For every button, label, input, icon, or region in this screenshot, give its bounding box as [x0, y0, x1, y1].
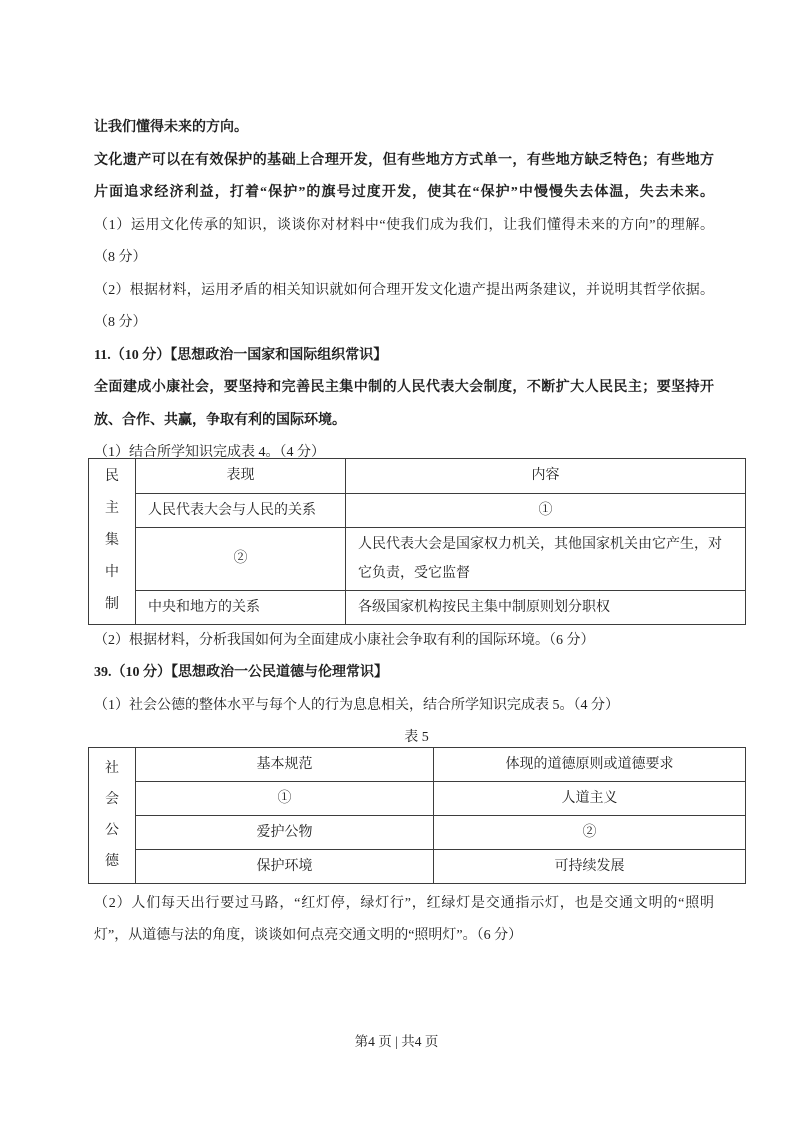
table-row: 爱护公物 ② [89, 815, 746, 849]
table-cell: ② [136, 527, 346, 590]
question-line: （2）根据材料，运用矛盾的相关知识就如何合理开发文化遗产提出两条建议，并说明其哲… [94, 275, 714, 308]
question-line: （1）运用文化传承的知识，谈谈你对材料中“使我们成为我们，让我们懂得未来的方向”… [94, 210, 714, 243]
material-line: 文化遗产可以在有效保护的基础上合理开发，但有些地方方式单一，有些地方缺乏特色；有… [94, 145, 714, 178]
question-line: （2）人们每天出行要过马路，“红灯停，绿灯行”，红绿灯是交通指示灯，也是交通文明… [94, 888, 714, 921]
table-cell: 可持续发展 [434, 849, 746, 883]
section-heading: 11.（10 分）【思想政治一国家和国际组织常识】 [94, 340, 714, 373]
page-footer: 第4 页 | 共4 页 [0, 1030, 793, 1050]
material-line: 放、合作、共赢，争取有利的国际环境。 [94, 405, 714, 438]
table-side-label: 社会公德 [89, 747, 136, 883]
table-side-label: 民主集中制 [89, 458, 136, 624]
material-line: 全面建成小康社会，要坚持和完善民主集中制的人民代表大会制度，不断扩大人民民主；要… [94, 372, 714, 405]
question-line: 灯”，从道德与法的角度，谈谈如何点亮交通文明的“照明灯”。（6 分） [94, 920, 714, 953]
table-header-cell: 基本规范 [136, 747, 434, 781]
table-row: 保护环境 可持续发展 [89, 849, 746, 883]
question-line: （2）根据材料，分析我国如何为全面建成小康社会争取有利的国际环境。（6 分） [94, 625, 714, 658]
table-4: 民主集中制 表现 内容 人民代表大会与人民的关系 ① ② 人民代表大会是国家权力… [88, 458, 746, 625]
material-line: 让我们懂得未来的方向。 [94, 112, 714, 145]
section-heading: 39.（10 分）【思想政治一公民道德与伦理常识】 [94, 657, 714, 690]
table-header-cell: 体现的道德原则或道德要求 [434, 747, 746, 781]
page-content: 让我们懂得未来的方向。 文化遗产可以在有效保护的基础上合理开发，但有些地方方式单… [94, 112, 714, 953]
table-cell: ① [346, 493, 746, 527]
question-line: （1）社会公德的整体水平与每个人的行为息息相关，结合所学知识完成表 5。（4 分… [94, 690, 714, 723]
table-row: ① 人道主义 [89, 781, 746, 815]
table-side-label-text: 社会公德 [103, 753, 121, 877]
table-cell: ① [136, 781, 434, 815]
score-line: （8 分） [94, 307, 714, 340]
material-line: 片面追求经济利益，打着“保护”的旗号过度开发，使其在“保护”中慢慢失去体温，失去… [94, 177, 714, 210]
table-cell: 保护环境 [136, 849, 434, 883]
table-cell: 人民代表大会是国家权力机关，其他国家机关由它产生，对它负责，受它监督 [346, 527, 746, 590]
table-cell: 人民代表大会与人民的关系 [136, 493, 346, 527]
table-header-cell: 内容 [346, 458, 746, 493]
table-row: 人民代表大会与人民的关系 ① [89, 493, 746, 527]
table-cell: ② [434, 815, 746, 849]
table-cell: 中央和地方的关系 [136, 590, 346, 624]
exam-page: 让我们懂得未来的方向。 文化遗产可以在有效保护的基础上合理开发，但有些地方方式单… [0, 0, 793, 1122]
table-side-label-text: 民主集中制 [103, 461, 121, 621]
table-cell: 爱护公物 [136, 815, 434, 849]
table-5: 社会公德 基本规范 体现的道德原则或道德要求 ① 人道主义 爱护公物 ② 保护环… [88, 747, 746, 884]
table-cell: 各级国家机构按民主集中制原则划分职权 [346, 590, 746, 624]
score-line: （8 分） [94, 242, 714, 275]
table-cell: 人道主义 [434, 781, 746, 815]
table-row: 中央和地方的关系 各级国家机构按民主集中制原则划分职权 [89, 590, 746, 624]
table-row: ② 人民代表大会是国家权力机关，其他国家机关由它产生，对它负责，受它监督 [89, 527, 746, 590]
